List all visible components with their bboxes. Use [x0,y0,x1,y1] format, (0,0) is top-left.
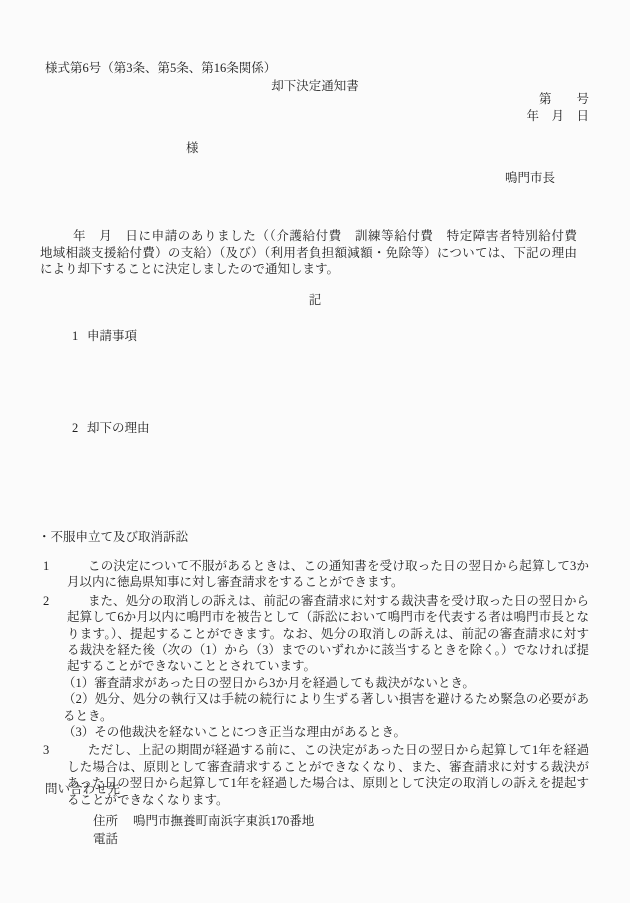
record-item-number: 1 [72,328,87,344]
contact-address-value: 鳴門市撫養町南浜字東浜170番地 [133,813,314,831]
contact-block: 住所 鳴門市撫養町南浜字東浜170番地 電話 [93,813,314,848]
sender-name: 鳴門市長 [505,170,555,186]
record-item-application: 1申請事項 [72,328,137,344]
contact-address-label: 住所 [93,813,133,831]
record-heading: 記 [0,292,630,308]
document-number-date-block: 第 号 年 月 日 [526,91,589,125]
body-paragraph: 年 月 日に申請のありました（（介護給付費 訓練等給付費 特定障害者特別給付費 … [40,228,577,278]
form-number-line: 様式第6号（第3条、第5条、第16条関係） [45,60,276,76]
record-item-label: 却下の理由 [87,421,150,435]
appeal-subitem-1: （1）審査請求があった日の翌日から3か月を経過しても裁決がないとき。 [63,675,589,691]
contact-address-row: 住所 鳴門市撫養町南浜字東浜170番地 [93,813,314,831]
record-item-number: 2 [72,420,87,436]
appeal-item-3: 3ただし、上記の期間が経過する前に、この決定があった日の翌日から起算して1年を経… [40,742,589,808]
appeal-item-text: ただし、上記の期間が経過する前に、この決定があった日の翌日から起算して1年を経過… [67,743,589,806]
appeal-item-text: また、処分の取消しの訴えは、前記の審査請求に対する裁決書を受け取った日の翌日から… [67,594,589,674]
appeal-item-number: 1 [43,558,49,574]
record-item-label: 申請事項 [87,329,137,343]
contact-heading: 問い合わせ先 [45,781,120,797]
appeal-item-text: この決定について不服があるときは、この通知書を受け取った日の翌日から起算して3か… [67,559,589,589]
document-number-line: 第 号 [526,91,589,108]
appeal-subitem-3: （3）その他裁決を経ないことにつき正当な理由があるとき。 [63,724,589,740]
appeal-item-number: 2 [43,593,49,609]
contact-phone-row: 電話 [93,831,314,849]
contact-phone-label: 電話 [93,831,133,849]
document-date-line: 年 月 日 [526,108,589,125]
record-item-rejection-reason: 2却下の理由 [72,420,150,436]
appeal-subitem-2: （2）処分、処分の執行又は手続の続行により生ずる著しい損害を避けるため緊急の必要… [63,691,589,724]
appeal-item-number: 3 [43,742,49,758]
appeal-item-1: 1この決定について不服があるときは、この通知書を受け取った日の翌日から起算して3… [40,558,589,591]
appeal-list: 1この決定について不服があるときは、この通知書を受け取った日の翌日から起算して3… [40,558,589,808]
appeal-section-heading: ・不服申立て及び取消訴訟 [38,529,188,545]
addressee-suffix: 様 [186,140,199,156]
appeal-item-2: 2また、処分の取消しの訴えは、前記の審査請求に対する裁決書を受け取った日の翌日か… [40,593,589,741]
document-page: 様式第6号（第3条、第5条、第16条関係） 却下決定通知書 第 号 年 月 日 … [0,0,630,903]
